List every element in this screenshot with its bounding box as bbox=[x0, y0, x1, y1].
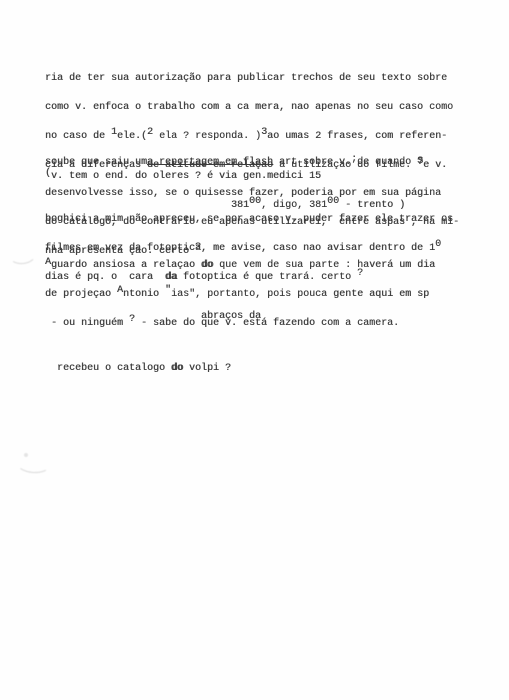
scan-artifact-mark bbox=[8, 245, 37, 266]
text-line: Aguardo ansiosa a relaçao do que vem de … bbox=[45, 261, 435, 271]
text-line: boghici a mim não apreceu, se por acaso … bbox=[45, 215, 453, 225]
text-line: recebeu o catalogo do volpi ? bbox=[45, 364, 231, 374]
text-line: abraços da bbox=[45, 312, 261, 322]
text-line: ria de ter sua autorização para publicar… bbox=[45, 74, 459, 84]
postscript-volpi: recebeu o catalogo do volpi ? bbox=[45, 345, 231, 393]
scanned-letter-page: ria de ter sua autorização para publicar… bbox=[0, 0, 509, 700]
closing-abracos: abraços da bbox=[45, 293, 261, 341]
text-line: (v. tem o end. do oleres ? é via gen.med… bbox=[45, 172, 405, 182]
text-line: como v. enfoca o trabalho com a ca mera,… bbox=[45, 103, 459, 113]
scan-artifact-dot bbox=[24, 453, 28, 457]
scan-artifact-mark bbox=[16, 455, 50, 474]
